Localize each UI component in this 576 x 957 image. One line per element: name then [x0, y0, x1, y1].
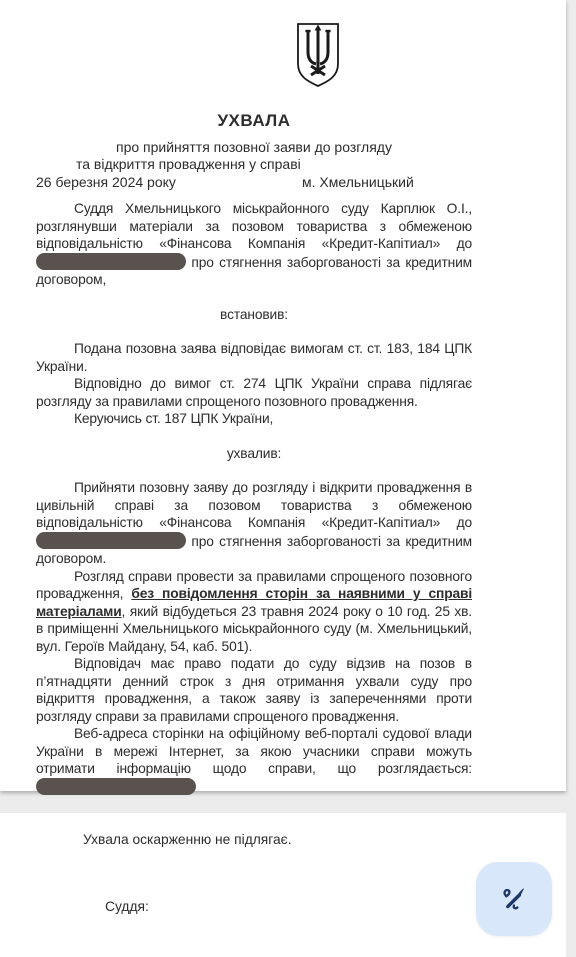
redaction-bar — [36, 253, 186, 270]
redaction-bar — [36, 778, 196, 795]
document-paragraph: Подана позовна заява відповідає вимогам … — [36, 340, 472, 375]
decision-label: ухвалив: — [36, 445, 472, 463]
document-subtitle-line2: та відкриття провадження у справі — [76, 156, 472, 172]
text-segment: Прийняти позовну заяву до розгляду і від… — [36, 480, 472, 530]
ukraine-coat-of-arms-icon — [295, 22, 341, 88]
judge-signature-label: Суддя: — [36, 899, 472, 914]
date-place-row: 26 березня 2024 року м. Хмельницький — [36, 174, 472, 192]
document-paragraph: Прийняти позовну заяву до розгляду і від… — [36, 479, 472, 568]
document-date: 26 березня 2024 року — [36, 174, 176, 190]
signature-pen-icon — [497, 882, 531, 916]
no-appeal-note: Ухвала оскарженню не підлягає. — [36, 832, 472, 847]
document-paragraph: Відповідач має право подати до суду відз… — [36, 655, 472, 725]
sign-document-button[interactable] — [476, 862, 552, 936]
redaction-bar — [36, 532, 186, 549]
text-segment: Відповідно до вимог ст. 274 ЦПК України … — [36, 376, 472, 409]
document-city: м. Хмельницький — [302, 174, 414, 190]
document-paragraph: Суддя Хмельницького міськрайонного суду … — [36, 200, 472, 289]
document-paragraph: Керуючись ст. 187 ЦПК України, — [36, 410, 472, 428]
document-viewer: УХВАЛА про прийняття позовної заяви до р… — [0, 0, 576, 957]
decision-label: встановив: — [36, 306, 472, 324]
document-subtitle-line1: про прийняття позовної заяви до розгляду — [36, 139, 472, 155]
text-segment: Подана позовна заява відповідає вимогам … — [36, 341, 472, 374]
document-page-1: УХВАЛА про прийняття позовної заяви до р… — [0, 0, 566, 791]
document-paragraph: Веб-адреса сторінки на офіційному веб-по… — [36, 725, 472, 796]
document-paragraph: Відповідно до вимог ст. 274 ЦПК України … — [36, 375, 472, 410]
text-segment: Відповідач має право подати до суду відз… — [36, 656, 472, 724]
text-segment: Веб-адреса сторінки на офіційному веб-по… — [36, 726, 472, 776]
document-body: Суддя Хмельницького міськрайонного суду … — [36, 200, 472, 796]
text-segment: Керуючись ст. 187 ЦПК України, — [74, 411, 273, 426]
document-paragraph: Розгляд справи провести за правилами спр… — [36, 568, 472, 656]
document-title: УХВАЛА — [36, 111, 472, 131]
text-segment: Суддя Хмельницького міськрайонного суду … — [36, 201, 472, 251]
